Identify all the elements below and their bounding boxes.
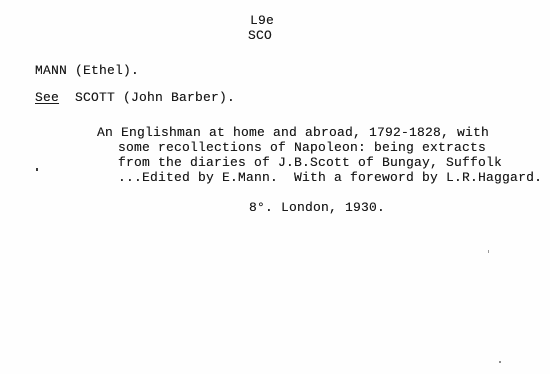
description-line: ...Edited by E.Mann. With a foreword by … [97, 170, 542, 185]
description-line: from the diaries of J.B.Scott of Bungay,… [97, 155, 542, 170]
imprint-line: 8°. London, 1930. [249, 200, 385, 215]
description-line: An Englishman at home and abroad, 1792-1… [97, 125, 542, 140]
ink-speck [488, 250, 489, 253]
see-label: See [35, 90, 59, 105]
ink-speck [499, 361, 501, 363]
catalogue-card: { "classmark": { "line1": "L9e", "line2"… [0, 0, 550, 374]
description-line: some recollections of Napoleon: being ex… [97, 140, 542, 155]
entry-heading: MANN (Ethel). [35, 63, 139, 78]
description-paragraph: An Englishman at home and abroad, 1792-1… [97, 125, 542, 185]
classmark: L9e SCO [248, 13, 274, 43]
see-target: SCOTT (John Barber). [59, 90, 235, 105]
classmark-filing-code: SCO [248, 28, 274, 43]
see-reference: See SCOTT (John Barber). [35, 90, 235, 105]
ink-speck [36, 168, 38, 171]
classmark-shelf-code: L9e [248, 13, 274, 28]
